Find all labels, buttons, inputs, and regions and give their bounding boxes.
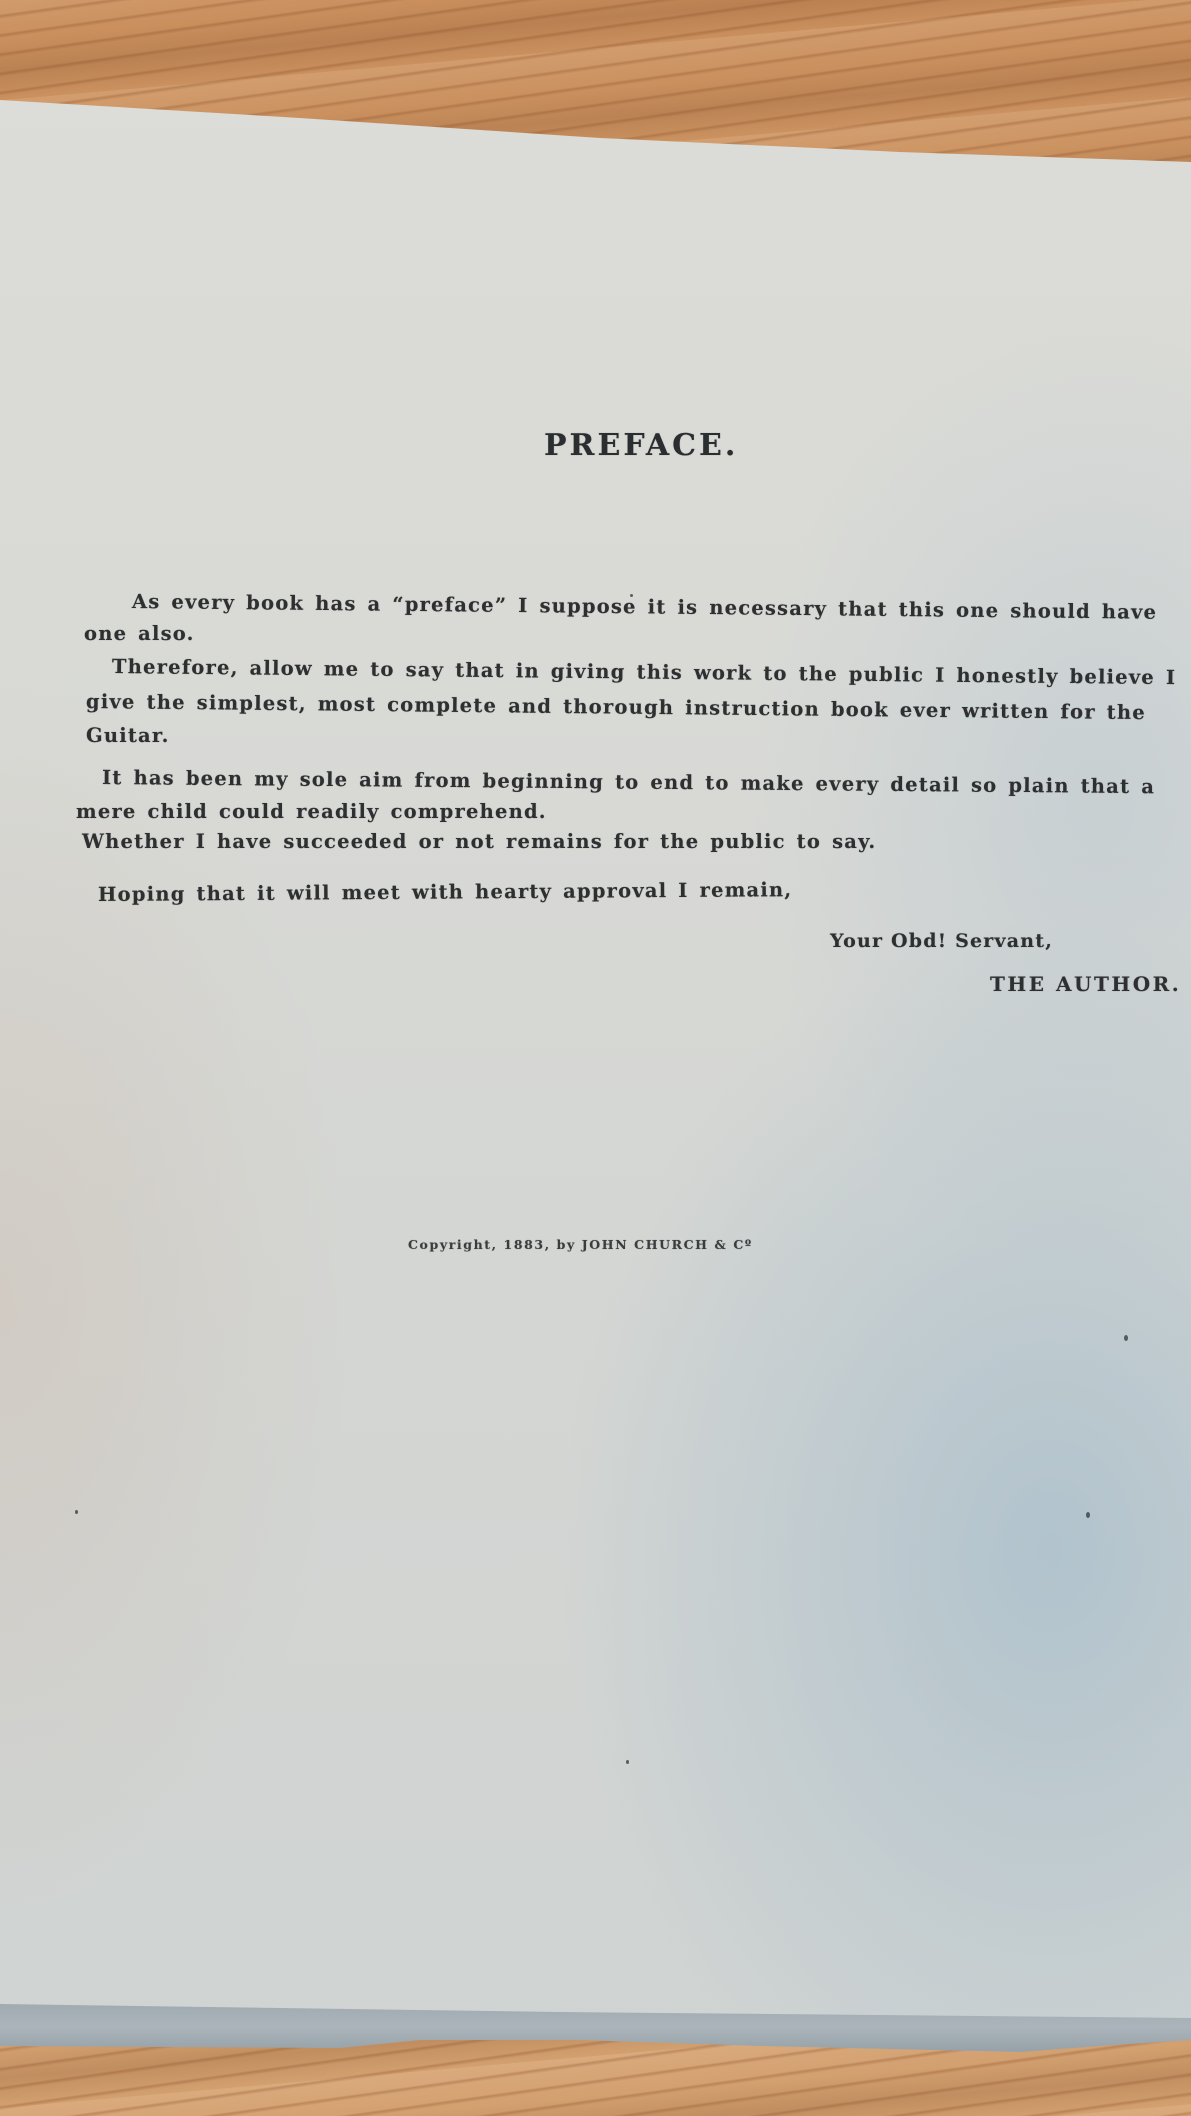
paper-speck xyxy=(630,594,633,597)
paper-speck xyxy=(1086,1512,1090,1518)
page-title: PREFACE. xyxy=(544,428,738,463)
paragraph-line-5: Guitar. xyxy=(86,724,170,747)
closing-salutation: Your Obd! Servant, xyxy=(830,930,1053,952)
page-lighting xyxy=(0,0,1191,2116)
paper-speck xyxy=(75,1510,78,1514)
paragraph-line-9: Hoping that it will meet with hearty app… xyxy=(98,878,792,906)
paper-speck xyxy=(1124,1335,1128,1341)
author-signature: THE AUTHOR. xyxy=(990,972,1181,996)
paper-speck xyxy=(626,1760,629,1764)
paragraph-line-7: mere child could readily comprehend. xyxy=(76,800,547,823)
paragraph-line-2: one also. xyxy=(84,622,195,645)
copyright-notice: Copyright, 1883, by JOHN CHURCH & Cº xyxy=(408,1237,753,1252)
book-page: PREFACE. As every book has a “preface” I… xyxy=(0,0,1191,2116)
paragraph-line-8: Whether I have succeeded or not remains … xyxy=(82,830,876,853)
